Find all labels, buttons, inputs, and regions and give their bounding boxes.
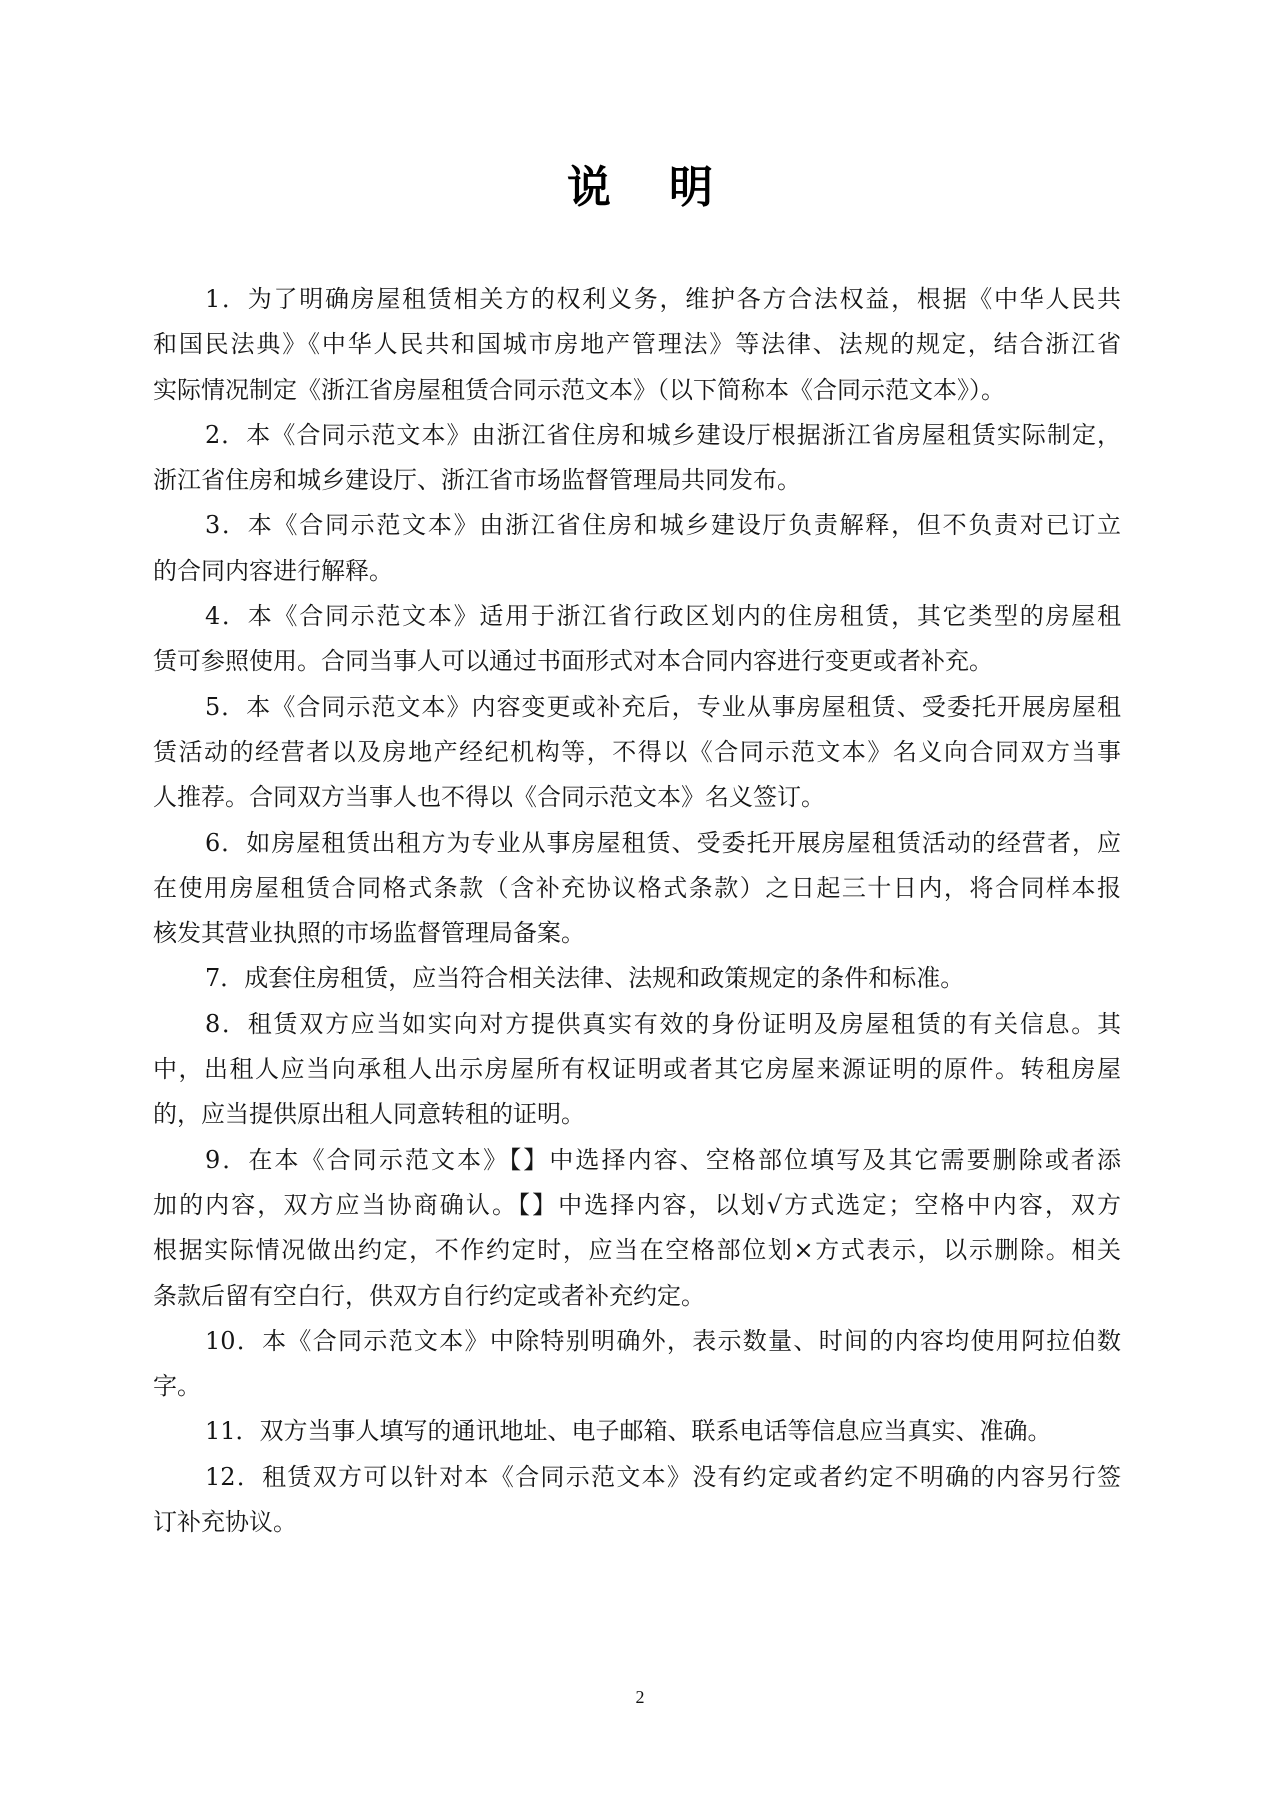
document-page: 说明 1．为了明确房屋租赁相关方的权利义务，维护各方合法权益，根据《中华人民共 … — [0, 0, 1280, 1810]
paragraph-line: 和国民法典》《中华人民共和国城市房地产管理法》等法律、法规的规定，结合浙江省 — [153, 322, 1121, 367]
paragraph-11: 11．双方当事人填写的通讯地址、电子邮箱、联系电话等信息应当真实、准确。 — [153, 1409, 1121, 1454]
page-number: 2 — [0, 1684, 1280, 1710]
paragraph-line: 6．如房屋租赁出租方为专业从事房屋租赁、受委托开展房屋租赁活动的经营者，应 — [153, 821, 1121, 866]
paragraph-4: 4．本《合同示范文本》适用于浙江省行政区划内的住房租赁，其它类型的房屋租 赁可参… — [153, 594, 1121, 685]
paragraph-line: 赁活动的经营者以及房地产经纪机构等，不得以《合同示范文本》名义向合同双方当事 — [153, 730, 1121, 775]
paragraph-line: 订补充协议。 — [153, 1500, 1121, 1545]
paragraph-line: 在使用房屋租赁合同格式条款（含补充协议格式条款）之日起三十日内，将合同样本报 — [153, 866, 1121, 911]
paragraph-8: 8．租赁双方应当如实向对方提供真实有效的身份证明及房屋租赁的有关信息。其 中，出… — [153, 1002, 1121, 1138]
paragraph-line: 1．为了明确房屋租赁相关方的权利义务，维护各方合法权益，根据《中华人民共 — [153, 277, 1121, 322]
paragraph-line: 字。 — [153, 1364, 1121, 1409]
paragraph-line: 3．本《合同示范文本》由浙江省住房和城乡建设厅负责解释，但不负责对已订立 — [153, 503, 1121, 548]
paragraph-line: 浙江省住房和城乡建设厅、浙江省市场监督管理局共同发布。 — [153, 458, 1121, 503]
paragraph-line: 核发其营业执照的市场监督管理局备案。 — [153, 911, 1121, 956]
paragraph-line: 的合同内容进行解释。 — [153, 549, 1121, 594]
paragraph-line: 中，出租人应当向承租人出示房屋所有权证明或者其它房屋来源证明的原件。转租房屋 — [153, 1047, 1121, 1092]
paragraph-12: 12．租赁双方可以针对本《合同示范文本》没有约定或者约定不明确的内容另行签 订补… — [153, 1455, 1121, 1546]
paragraph-2: 2．本《合同示范文本》由浙江省住房和城乡建设厅根据浙江省房屋租赁实际制定， 浙江… — [153, 413, 1121, 504]
paragraph-9: 9．在本《合同示范文本》【】中选择内容、空格部位填写及其它需要删除或者添 加的内… — [153, 1138, 1121, 1319]
page-title: 说明 — [0, 158, 1280, 218]
paragraph-line: 9．在本《合同示范文本》【】中选择内容、空格部位填写及其它需要删除或者添 — [153, 1138, 1121, 1183]
instructions-body: 1．为了明确房屋租赁相关方的权利义务，维护各方合法权益，根据《中华人民共 和国民… — [153, 277, 1121, 1545]
paragraph-line: 12．租赁双方可以针对本《合同示范文本》没有约定或者约定不明确的内容另行签 — [153, 1455, 1121, 1500]
paragraph-line: 加的内容，双方应当协商确认。【】中选择内容，以划√方式选定；空格中内容，双方 — [153, 1183, 1121, 1228]
paragraph-3: 3．本《合同示范文本》由浙江省住房和城乡建设厅负责解释，但不负责对已订立 的合同… — [153, 503, 1121, 594]
paragraph-7: 7．成套住房租赁，应当符合相关法律、法规和政策规定的条件和标准。 — [153, 956, 1121, 1001]
paragraph-line: 7．成套住房租赁，应当符合相关法律、法规和政策规定的条件和标准。 — [153, 956, 1121, 1001]
title-char-1: 说 — [567, 162, 611, 213]
paragraph-line: 人推荐。合同双方当事人也不得以《合同示范文本》名义签订。 — [153, 775, 1121, 820]
paragraph-line: 10．本《合同示范文本》中除特别明确外，表示数量、时间的内容均使用阿拉伯数 — [153, 1319, 1121, 1364]
paragraph-line: 4．本《合同示范文本》适用于浙江省行政区划内的住房租赁，其它类型的房屋租 — [153, 594, 1121, 639]
paragraph-line: 的，应当提供原出租人同意转租的证明。 — [153, 1092, 1121, 1137]
paragraph-1: 1．为了明确房屋租赁相关方的权利义务，维护各方合法权益，根据《中华人民共 和国民… — [153, 277, 1121, 413]
paragraph-line: 赁可参照使用。合同当事人可以通过书面形式对本合同内容进行变更或者补充。 — [153, 639, 1121, 684]
paragraph-10: 10．本《合同示范文本》中除特别明确外，表示数量、时间的内容均使用阿拉伯数 字。 — [153, 1319, 1121, 1410]
paragraph-line: 实际情况制定《浙江省房屋租赁合同示范文本》（以下简称本《合同示范文本》）。 — [153, 368, 1121, 413]
title-char-2: 明 — [669, 162, 713, 213]
paragraph-line: 5．本《合同示范文本》内容变更或补充后，专业从事房屋租赁、受委托开展房屋租 — [153, 685, 1121, 730]
paragraph-line: 11．双方当事人填写的通讯地址、电子邮箱、联系电话等信息应当真实、准确。 — [153, 1409, 1121, 1454]
paragraph-line: 8．租赁双方应当如实向对方提供真实有效的身份证明及房屋租赁的有关信息。其 — [153, 1002, 1121, 1047]
paragraph-line: 2．本《合同示范文本》由浙江省住房和城乡建设厅根据浙江省房屋租赁实际制定， — [153, 413, 1121, 458]
paragraph-6: 6．如房屋租赁出租方为专业从事房屋租赁、受委托开展房屋租赁活动的经营者，应 在使… — [153, 821, 1121, 957]
paragraph-line: 条款后留有空白行，供双方自行约定或者补充约定。 — [153, 1274, 1121, 1319]
paragraph-line: 根据实际情况做出约定，不作约定时，应当在空格部位划×方式表示，以示删除。相关 — [153, 1228, 1121, 1273]
paragraph-5: 5．本《合同示范文本》内容变更或补充后，专业从事房屋租赁、受委托开展房屋租 赁活… — [153, 685, 1121, 821]
